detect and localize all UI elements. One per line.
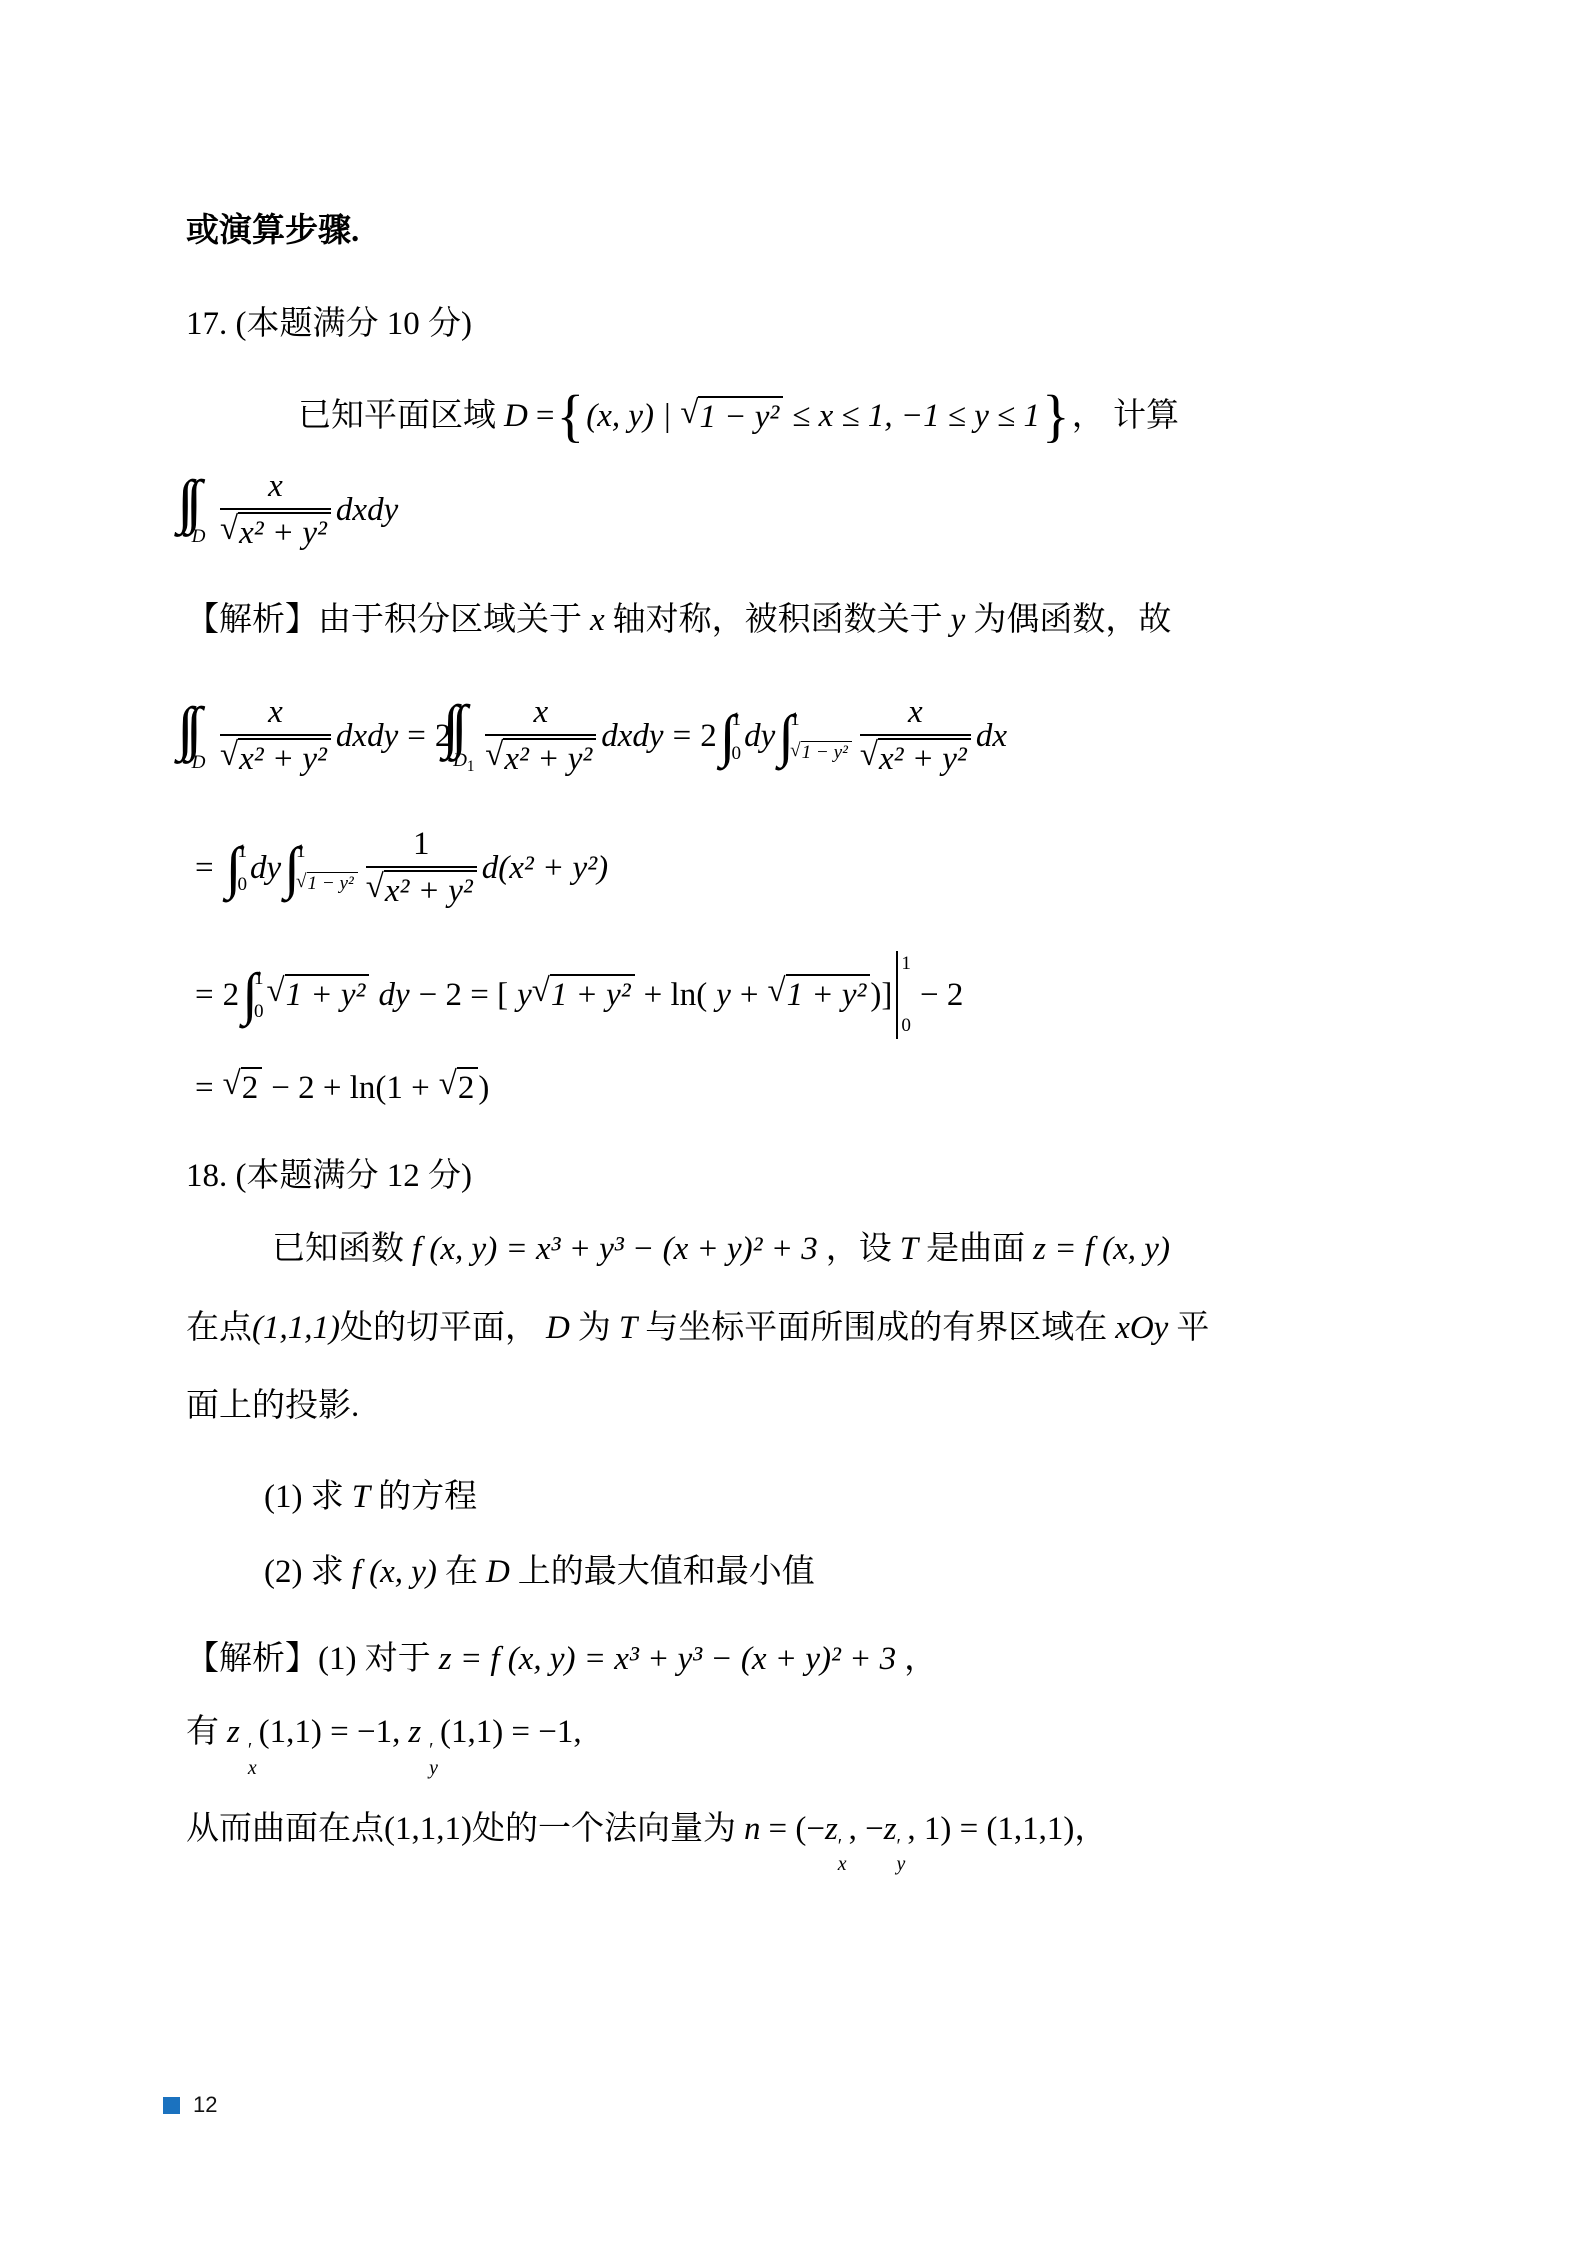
radical-sign: √ — [223, 1067, 241, 1102]
integral-domain-D: D — [192, 752, 206, 774]
differential-dxdy: dxdy — [601, 718, 663, 755]
surface-equation: z = f (x, y) — [1033, 1231, 1170, 1267]
upper-bound: 1 — [296, 841, 358, 863]
radicand: x² + y² — [384, 870, 477, 912]
item-text: 在 — [445, 1554, 478, 1590]
double-integral-sign: ∫∫ — [451, 698, 476, 754]
equals-sign: = — [673, 718, 692, 755]
lower-bound: 0 — [732, 743, 742, 765]
question-18-item-2: (2) 求f (x, y)在D上的最大值和最小值 — [186, 1551, 1487, 1594]
sqrt-expression: √ x² + y² — [220, 512, 331, 554]
subscript-1: 1 — [467, 758, 475, 775]
differential-dy: dy — [378, 977, 409, 1014]
double-integral-sign: ∫∫ — [186, 700, 211, 756]
subscript-y: y — [897, 1855, 906, 1875]
var-D: D — [504, 398, 528, 435]
var-y: y — [517, 977, 532, 1014]
page-number: 12 — [193, 2092, 217, 2118]
integral-0-1: ∫ 1 0 — [242, 966, 263, 1024]
fraction-numerator: x — [485, 694, 596, 734]
radicand: 1 + y² — [285, 974, 370, 1016]
fraction-numerator: 1 — [366, 826, 477, 866]
analysis-text: = (− — [768, 1811, 824, 1847]
lower-bound: √1 − y² — [790, 740, 852, 765]
double-integral-sign: ∫∫ — [186, 473, 211, 529]
analysis-text-3: 为偶函数，故 — [973, 602, 1171, 638]
sqrt-expression: √ x² + y² — [860, 738, 971, 780]
point-111: (1,1,1) — [252, 1310, 340, 1346]
radicand: 2 — [457, 1067, 479, 1109]
radicand: 1 + y² — [786, 974, 871, 1016]
differential-dy: dy — [250, 850, 281, 887]
equals-sign: = — [195, 977, 214, 1014]
lower-bound: 0 — [901, 1015, 911, 1037]
close-paren: ) — [478, 1070, 489, 1107]
var-x: x — [590, 602, 605, 638]
differential-dxdy: dxdy — [336, 492, 398, 529]
radical-sign: √ — [439, 1067, 457, 1102]
radical-sign: √ — [680, 396, 698, 431]
lower-bound: 0 — [237, 874, 247, 896]
question-18-title: 18. (本题满分 12 分) — [186, 1155, 1487, 1198]
function-definition: f (x, y) = x³ + y³ − (x + y)² + 3 — [412, 1231, 818, 1267]
subscript-x: x — [838, 1855, 847, 1875]
sqrt-expression: √ x² + y² — [366, 870, 477, 912]
var-D: D — [486, 1554, 510, 1590]
radicand: x² + y² — [878, 738, 971, 780]
fraction-denominator: √ x² + y² — [220, 508, 331, 554]
var-xOy: xOy — [1115, 1310, 1168, 1346]
var-z: z — [227, 1714, 240, 1750]
var-n: n — [744, 1811, 761, 1847]
coefficient-2: 2 — [223, 977, 240, 1014]
equals-sign: = — [407, 718, 426, 755]
footer-blue-square — [163, 2097, 180, 2114]
question-18-item-1: (1) 求T的方程 — [186, 1476, 1487, 1519]
analysis-text: (1,1) = −1, — [440, 1714, 582, 1750]
integral-sqrt-1: ∫ 1 √1 − y² — [284, 840, 358, 898]
subscript-x: x — [248, 1759, 257, 1779]
sqrt-expression: √ 1 − y² — [680, 396, 783, 438]
sqrt-expression: √ x² + y² — [485, 738, 596, 780]
integral-bounds: 1 0 — [732, 708, 742, 765]
plus-ln-text: + ln( — [644, 977, 708, 1014]
upper-bound: 1 — [790, 709, 852, 731]
lower-bound: 0 — [254, 1001, 264, 1023]
radical-sign: √ — [296, 872, 307, 892]
analysis-text: 有 — [186, 1714, 219, 1750]
statement-text: 已知平面区域 — [298, 395, 496, 438]
statement-text: 已知函数 — [272, 1231, 404, 1267]
compute-text: ， 计算 — [1072, 395, 1179, 438]
fraction-denominator: √ x² + y² — [485, 734, 596, 780]
statement-text: ，设 — [826, 1231, 892, 1267]
sqrt-expression: √ 2 — [223, 1067, 263, 1109]
fraction: x √ x² + y² — [220, 694, 331, 780]
double-integral: ∫∫ D — [186, 700, 211, 774]
radical-sign: √ — [532, 974, 550, 1009]
radicand: x² + y² — [503, 738, 596, 780]
fraction: x √ x² + y² — [485, 694, 596, 780]
analysis-text: (1,1) = −1, — [259, 1714, 401, 1750]
statement-text: 在点 — [186, 1310, 252, 1346]
statement-text: 为 — [578, 1310, 611, 1346]
coefficient-2: 2 — [435, 718, 452, 755]
fraction-numerator: x — [220, 468, 331, 508]
lower-bound: √1 − y² — [296, 871, 358, 896]
question-17-title: 17. (本题满分 10 分) — [186, 303, 1487, 346]
var-D: D — [546, 1310, 570, 1346]
prime-sub-y: ′y — [897, 1837, 906, 1875]
radicand: 1 − y² — [698, 396, 783, 438]
analysis-text: ， — [904, 1641, 937, 1677]
differential-dy: dy — [744, 718, 775, 755]
question-17-statement: 已知平面区域 D = { (x, y) | √ 1 − y² ≤ x ≤ 1, … — [186, 388, 1487, 446]
radicand: 1 − y² — [307, 872, 358, 896]
sqrt-expression: √1 − y² — [296, 872, 358, 896]
radicand: x² + y² — [238, 512, 331, 554]
upper-bound: 1 — [901, 953, 911, 975]
prime-sub-x: ′x — [248, 1741, 257, 1779]
prime-sub-y: ′y — [429, 1741, 438, 1779]
radical-sign: √ — [366, 870, 384, 905]
upper-bound: 1 — [254, 968, 264, 990]
differential-dx: dx — [976, 718, 1007, 755]
equals-sign: = — [195, 850, 214, 887]
item-text: (1) 求 — [264, 1479, 344, 1515]
plus-sign: + — [740, 977, 759, 1014]
prime-sub-x: ′x — [838, 1837, 847, 1875]
statement-text: 平 — [1176, 1310, 1209, 1346]
evaluation-bar: 1 0 — [896, 951, 911, 1039]
integral-bounds: 1 0 — [237, 840, 247, 897]
sqrt-expression: √ 1 + y² — [267, 974, 370, 1016]
minus2-plus-ln: − 2 + ln(1 + — [271, 1070, 430, 1107]
fraction-numerator: x — [860, 694, 971, 734]
double-integral: ∫∫ D — [186, 473, 211, 547]
radicand: x² + y² — [238, 738, 331, 780]
integral-0-1: ∫ 1 0 — [226, 840, 247, 898]
radical-sign: √ — [790, 741, 801, 761]
analysis-text: ， — [1074, 1811, 1107, 1847]
analysis-line-18-1: 【解析】(1) 对于z = f (x, y) = x³ + y³ − (x + … — [186, 1638, 1487, 1681]
statement-text: 处的切平面， — [340, 1310, 538, 1346]
radical-sign: √ — [220, 512, 238, 547]
analysis-line-18-2: 有z′x(1,1) = −1,z′y(1,1) = −1, — [186, 1711, 1487, 1774]
section-header: 或演算步骤. — [186, 210, 1487, 253]
sqrt-expression: √ 1 + y² — [532, 974, 635, 1016]
var-z: z — [408, 1714, 421, 1750]
item-text: (2) 求 — [264, 1554, 344, 1590]
sqrt-expression: √1 − y² — [790, 741, 852, 765]
display-equation-integral: ∫∫ D x √ x² + y² dxdy — [186, 468, 1487, 554]
statement-text: 与坐标平面所围成的有界区域在 — [645, 1310, 1107, 1346]
analysis-line-18-3: 从而曲面在点(1,1,1)处的一个法向量为n= (−z′x, −z′y, 1) … — [186, 1808, 1487, 1871]
page-footer: 12 — [163, 2092, 217, 2118]
function-definition: z = f (x, y) = x³ + y³ − (x + y)² + 3 — [439, 1641, 896, 1677]
integral-bounds: 1 0 — [254, 967, 264, 1024]
fraction-numerator: x — [220, 694, 331, 734]
question-18-statement-3: 面上的投影. — [186, 1385, 1487, 1428]
var-T: T — [619, 1310, 637, 1346]
fraction: x √ x² + y² — [860, 694, 971, 780]
differential-dxdy: dxdy — [336, 718, 398, 755]
left-brace: { — [556, 388, 584, 446]
var-T: T — [900, 1231, 918, 1267]
analysis-text: 【解析】(1) 对于 — [186, 1641, 431, 1677]
equals-sign: = — [195, 1070, 214, 1107]
statement-text: 是曲面 — [926, 1231, 1025, 1267]
sqrt-expression: √ x² + y² — [220, 738, 331, 780]
upper-bound: 1 — [237, 841, 247, 863]
radicand: 1 − y² — [801, 741, 852, 765]
integral-domain-D1: D1 — [453, 750, 474, 776]
fraction-denominator: √ x² + y² — [220, 734, 331, 780]
equation-step-3: = 2 ∫ 1 0 √ 1 + y² dy − 2 = [ y √ 1 + y²… — [186, 951, 1487, 1039]
point-pair: (x, y) | — [586, 398, 671, 435]
var-D: D — [453, 750, 467, 771]
equals-sign: = — [536, 398, 555, 435]
question-18-statement-2: 在点(1,1,1)处的切平面，D为T与坐标平面所围成的有界区域在xOy平 — [186, 1307, 1487, 1350]
function-fxy: f (x, y) — [352, 1554, 437, 1590]
var-y: y — [951, 602, 966, 638]
integral-sqrt-1: ∫ 1 √1 − y² — [778, 708, 852, 766]
integral-domain-D: D — [192, 526, 206, 548]
analysis-text: , 1) = (1,1,1) — [907, 1811, 1074, 1847]
fraction-denominator: √ x² + y² — [366, 866, 477, 912]
evaluation-bounds: 1 0 — [898, 951, 911, 1039]
radicand: 1 + y² — [550, 974, 635, 1016]
document-page: 或演算步骤. 17. (本题满分 10 分) 已知平面区域 D = { (x, … — [0, 0, 1587, 2245]
equation-step-1: ∫∫ D x √ x² + y² dxdy = 2 ∫∫ D1 x — [186, 694, 1487, 780]
item-text: 上的最大值和最小值 — [518, 1554, 815, 1590]
item-text: 的方程 — [378, 1479, 477, 1515]
radicand: 2 — [241, 1067, 263, 1109]
analysis-line-17: 【解析】由于积分区域关于x轴对称，被积函数关于y为偶函数，故 — [186, 599, 1487, 642]
document-content: 或演算步骤. 17. (本题满分 10 分) 已知平面区域 D = { (x, … — [0, 0, 1587, 1870]
right-brace: } — [1042, 388, 1070, 446]
condition-text: ≤ x ≤ 1, −1 ≤ y ≤ 1 — [792, 398, 1040, 435]
analysis-text: 从而曲面在点(1,1,1)处的一个法向量为 — [186, 1811, 736, 1847]
radical-sign: √ — [860, 738, 878, 773]
var-y: y — [716, 977, 731, 1014]
radical-sign: √ — [767, 974, 785, 1009]
var-z: z — [825, 1811, 838, 1847]
close-bracket: )] — [870, 977, 892, 1014]
question-18-statement-1: 已知函数f (x, y) = x³ + y³ − (x + y)² + 3，设T… — [186, 1228, 1487, 1271]
fraction: 1 √ x² + y² — [366, 826, 477, 912]
subscript-y: y — [429, 1759, 438, 1779]
integral-0-1: ∫ 1 0 — [720, 708, 741, 766]
radical-sign: √ — [267, 974, 285, 1009]
var-T: T — [352, 1479, 370, 1515]
radical-sign: √ — [485, 738, 503, 773]
differential-d-x2y2: d(x² + y²) — [482, 850, 608, 887]
analysis-text: , − — [849, 1811, 884, 1847]
integral-bounds: 1 √1 − y² — [296, 840, 358, 897]
minus-2: − 2 — [920, 977, 963, 1014]
sqrt-expression: √ 1 + y² — [767, 974, 870, 1016]
analysis-text-2: 轴对称，被积函数关于 — [613, 602, 943, 638]
double-integral: ∫∫ D1 — [451, 698, 476, 776]
fraction-denominator: √ x² + y² — [860, 734, 971, 780]
upper-bound: 1 — [732, 709, 742, 731]
fraction: x √ x² + y² — [220, 468, 331, 554]
minus2-equals-bracket: − 2 = [ — [419, 977, 508, 1014]
equation-step-2: = ∫ 1 0 dy ∫ 1 √1 − y² 1 √ — [186, 826, 1487, 912]
var-z: z — [884, 1811, 897, 1847]
coefficient-2: 2 — [700, 718, 717, 755]
radical-sign: √ — [220, 738, 238, 773]
analysis-text-1: 【解析】由于积分区域关于 — [186, 602, 582, 638]
sqrt-expression: √ 2 — [439, 1067, 479, 1109]
equation-result: = √ 2 − 2 + ln(1 + √ 2 ) — [186, 1067, 1487, 1109]
integral-bounds: 1 √1 − y² — [790, 708, 852, 765]
